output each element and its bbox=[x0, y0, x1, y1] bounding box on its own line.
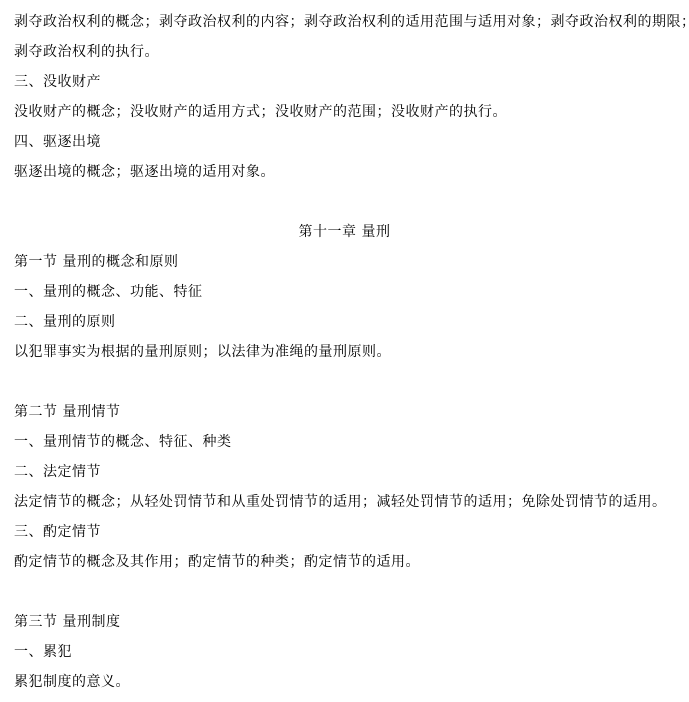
numbered-item-deportation: 四、驱逐出境 bbox=[14, 127, 675, 157]
blank-line bbox=[14, 577, 675, 607]
paragraph-confiscation-of-property: 没收财产的概念；没收财产的适用方式；没收财产的范围；没收财产的执行。 bbox=[14, 97, 675, 127]
document-body: 剥夺政治权利的概念；剥夺政治权利的内容；剥夺政治权利的适用范围与适用对象；剥夺政… bbox=[0, 0, 689, 697]
numbered-item-sentencing-concept: 一、量刑的概念、功能、特征 bbox=[14, 277, 675, 307]
paragraph-discretionary-circumstances: 酌定情节的概念及其作用；酌定情节的种类；酌定情节的适用。 bbox=[14, 547, 675, 577]
blank-line bbox=[14, 187, 675, 217]
document-page: 剥夺政治权利的概念；剥夺政治权利的内容；剥夺政治权利的适用范围与适用对象；剥夺政… bbox=[0, 0, 689, 702]
section-heading-3: 第三节 量刑制度 bbox=[14, 607, 675, 637]
paragraph-deprivation-political-rights-continued: 剥夺政治权利的执行。 bbox=[14, 37, 675, 67]
numbered-item-confiscation-of-property: 三、没收财产 bbox=[14, 67, 675, 97]
paragraph-deportation: 驱逐出境的概念；驱逐出境的适用对象。 bbox=[14, 157, 675, 187]
paragraph-recidivism-significance: 累犯制度的意义。 bbox=[14, 667, 675, 697]
blank-line bbox=[14, 367, 675, 397]
numbered-item-recidivism: 一、累犯 bbox=[14, 637, 675, 667]
section-heading-1: 第一节 量刑的概念和原则 bbox=[14, 247, 675, 277]
chapter-title: 第十一章 量刑 bbox=[14, 217, 675, 247]
section-heading-2: 第二节 量刑情节 bbox=[14, 397, 675, 427]
paragraph-sentencing-principles: 以犯罪事实为根据的量刑原则；以法律为准绳的量刑原则。 bbox=[14, 337, 675, 367]
numbered-item-discretionary-circumstances: 三、酌定情节 bbox=[14, 517, 675, 547]
numbered-item-statutory-circumstances: 二、法定情节 bbox=[14, 457, 675, 487]
numbered-item-sentencing-principles: 二、量刑的原则 bbox=[14, 307, 675, 337]
paragraph-deprivation-political-rights: 剥夺政治权利的概念；剥夺政治权利的内容；剥夺政治权利的适用范围与适用对象；剥夺政… bbox=[14, 7, 675, 37]
paragraph-statutory-circumstances: 法定情节的概念；从轻处罚情节和从重处罚情节的适用；减轻处罚情节的适用；免除处罚情… bbox=[14, 487, 675, 517]
numbered-item-sentencing-circumstances-concept: 一、量刑情节的概念、特征、种类 bbox=[14, 427, 675, 457]
